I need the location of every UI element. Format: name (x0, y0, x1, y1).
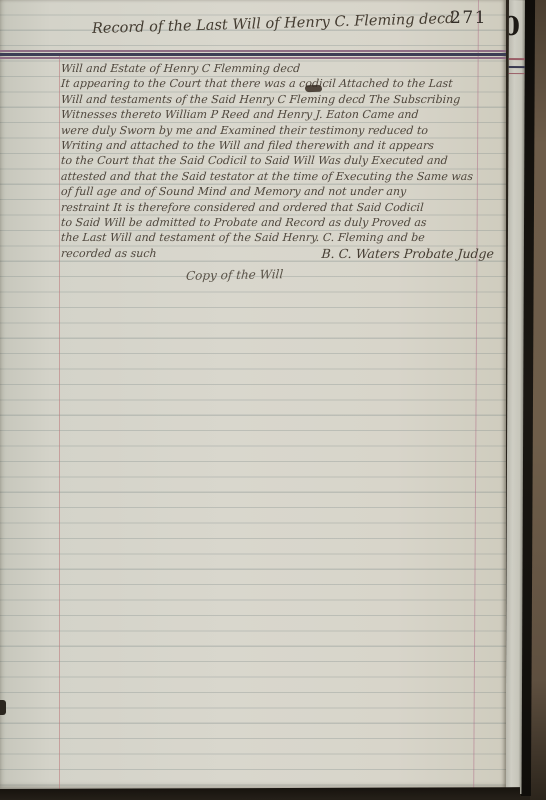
record-line: the Last Will and testament of the Said … (60, 230, 504, 245)
header-rule-purple-top (0, 50, 506, 52)
page-edge-notch (0, 700, 6, 715)
record-line: Writing and attached to the Will and fil… (60, 138, 504, 153)
record-closing-text: recorded as such (60, 246, 157, 261)
header-double-rule (0, 50, 506, 59)
record-line: restraint It is therefore considered and… (60, 200, 504, 215)
record-line: Will and Estate of Henry C Flemming decd (60, 61, 504, 76)
record-line: Witnesses thereto William P Reed and Hen… (60, 107, 504, 122)
record-line: were duly Sworn by me and Examined their… (60, 123, 504, 138)
record-line: to Said Will be admitted to Probate and … (60, 215, 504, 230)
ink-blot (305, 85, 322, 93)
record-line: of full age and of Sound Mind and Memory… (60, 184, 504, 199)
next-page-partial-folio: 0 (509, 12, 521, 44)
record-closing-row: recorded as such B. C. Waters Probate Ju… (60, 246, 504, 261)
header-rule-navy (0, 53, 506, 56)
ledger-scene: 0 271 Record of the Last Will of Henry C… (0, 0, 546, 800)
record-line: attested and that the Said testator at t… (60, 169, 504, 184)
next-page-head-rule-2 (509, 66, 525, 74)
record-header-title: Record of the Last Will of Henry C. Flem… (92, 11, 455, 37)
record-line: Will and testaments of the Said Henry C … (60, 92, 504, 107)
ledger-page: 271 Record of the Last Will of Henry C. … (0, 0, 506, 791)
record-line: to the Court that the Said Codicil to Sa… (60, 153, 504, 168)
record-body: Will and Estate of Henry C Flemming decd… (61, 61, 504, 261)
next-page-head-rule (509, 58, 525, 60)
header-rule-purple-bottom (0, 57, 506, 59)
page-bottom-shadow (0, 787, 520, 800)
record-line: It appearing to the Court that there was… (60, 76, 504, 91)
copy-of-will-subheading: Copy of the Will (186, 267, 284, 283)
probate-judge-signature: B. C. Waters Probate Judge (321, 246, 494, 261)
page-number: 271 (450, 8, 487, 28)
